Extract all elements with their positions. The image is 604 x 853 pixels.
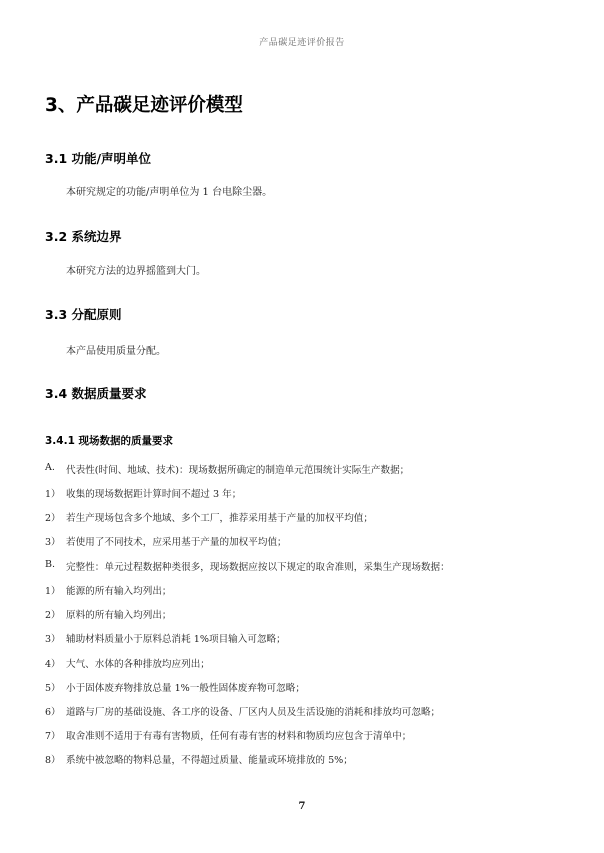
section-body-3-1: 本研究规定的功能/声明单位为 1 台电除尘器。	[66, 183, 272, 198]
list-item-text: 大气、水体的各种排放均应列出；	[66, 656, 210, 670]
running-header: 产品碳足迹评价报告	[0, 35, 604, 48]
list-item-marker: 2）	[45, 510, 61, 524]
list-item-marker: 3）	[45, 631, 61, 645]
list-item-text: 辅助材料质量小于原料总消耗 1%项目输入可忽略；	[66, 631, 286, 645]
list-item-marker: 1）	[45, 486, 61, 500]
list-item-marker: 8）	[45, 752, 61, 766]
section-heading-3-4: 3.4 数据质量要求	[45, 384, 147, 402]
list-item-marker: 7）	[45, 728, 61, 742]
list-item-text: 小于固体废弃物排放总量 1%一般性固体废弃物可忽略；	[66, 680, 305, 694]
list-item-text: 道路与厂房的基础设施、各工序的设备、厂区内人员及生活设施的消耗和排放均可忽略；	[66, 704, 440, 718]
section-heading-3-3: 3.3 分配原则	[45, 305, 122, 323]
list-item-marker: A.	[45, 462, 55, 473]
list-item-marker: 2）	[45, 607, 61, 621]
list-item-text: 收集的现场数据距计算时间不超过 3 年；	[66, 486, 241, 500]
list-item-marker: 6）	[45, 704, 61, 718]
section-heading-3-1: 3.1 功能/声明单位	[45, 149, 151, 167]
page-number: 7	[0, 801, 604, 812]
list-item-text: 若生产现场包含多个地域、多个工厂，推荐采用基于产量的加权平均值；	[66, 510, 373, 524]
list-item-text: 原料的所有输入均列出；	[66, 607, 172, 621]
list-item-text: 取舍准则不适用于有毒有害物质，任何有毒有害的材料和物质均应包含于清单中；	[66, 728, 411, 742]
list-item-marker: B.	[45, 559, 55, 570]
list-item-text: 代表性(时间、地域、技术)：现场数据所确定的制造单元范围统计实际生产数据；	[66, 462, 409, 476]
list-item-text: 完整性：单元过程数据种类很多，现场数据应按以下规定的取舍准则，采集生产现场数据：	[66, 559, 450, 573]
list-item-marker: 5）	[45, 680, 61, 694]
list-item-marker: 3）	[45, 534, 61, 548]
list-item-marker: 1）	[45, 583, 61, 597]
section-body-3-2: 本研究方法的边界摇篮到大门。	[66, 262, 206, 277]
subsection-heading-3-4-1: 3.4.1 现场数据的质量要求	[45, 433, 173, 448]
list-item-marker: 4）	[45, 656, 61, 670]
list-item-text: 若使用了不同技术，应采用基于产量的加权平均值；	[66, 534, 287, 548]
section-body-3-3: 本产品使用质量分配。	[66, 342, 166, 357]
section-heading-3-2: 3.2 系统边界	[45, 227, 122, 245]
list-item-text: 能源的所有输入均列出；	[66, 583, 172, 597]
chapter-title: 3、产品碳足迹评价模型	[45, 91, 243, 117]
list-item-text: 系统中被忽略的物料总量，不得超过质量、能量或环境排放的 5%；	[66, 752, 353, 766]
